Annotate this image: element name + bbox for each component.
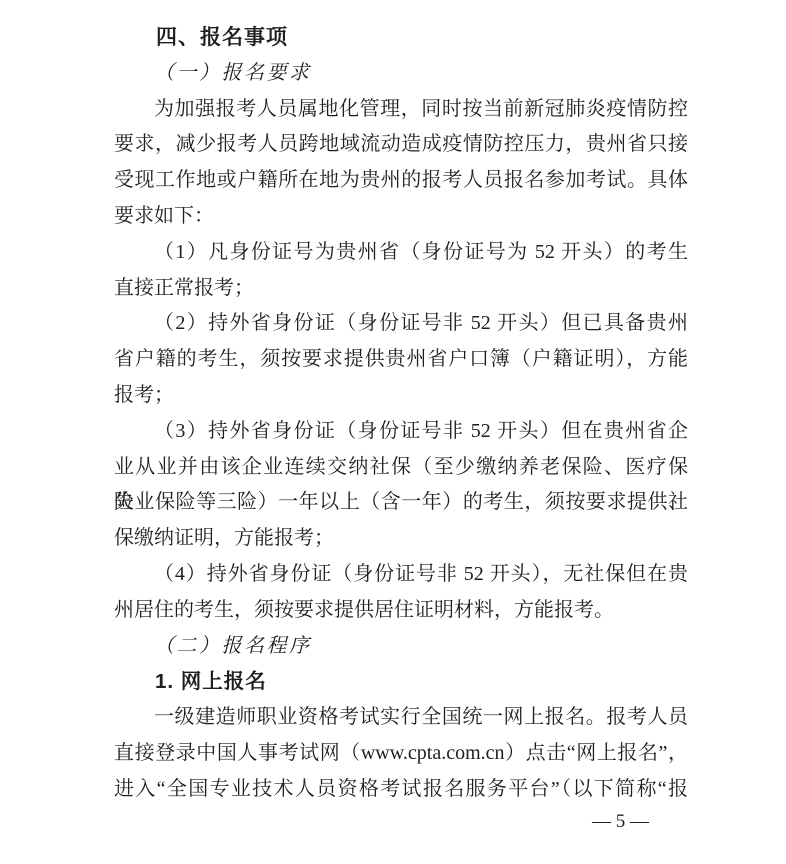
text-line: 要求如下： xyxy=(114,199,688,235)
text-line: 直接登录中国人事考试网（www.cpta.com.cn）点击“网上报名”， xyxy=(114,736,688,772)
text-line: 直接正常报考； xyxy=(114,271,688,307)
page-number: — 5 — xyxy=(583,808,658,836)
text-line: （一）报名要求 xyxy=(114,56,688,92)
text-line: 报考； xyxy=(114,378,688,414)
text-line: 1. 网上报名 xyxy=(114,664,688,700)
text-line: 受现工作地或户籍所在地为贵州的报考人员报名参加考试。具体 xyxy=(114,163,688,199)
text-line: （2）持外省身份证（身份证号非 52 开头）但已具备贵州 xyxy=(114,306,688,342)
text-line: （二）报名程序 xyxy=(114,629,688,665)
text-line: 进入“全国专业技术人员资格考试报名服务平台”（以下简称“报 xyxy=(114,772,688,808)
text-line: 失业保险等三险）一年以上（含一年）的考生，须按要求提供社 xyxy=(114,485,688,521)
text-line: 四、报名事项 xyxy=(114,20,688,56)
text-line: （1）凡身份证号为贵州省（身份证号为 52 开头）的考生 xyxy=(114,235,688,271)
text-line: 保缴纳证明，方能报考； xyxy=(114,521,688,557)
text-line: （4）持外省身份证（身份证号非 52 开头），无社保但在贵 xyxy=(114,557,688,593)
text-line: 业从业并由该企业连续交纳社保（至少缴纳养老保险、医疗保险、 xyxy=(114,450,688,486)
text-line: 为加强报考人员属地化管理，同时按当前新冠肺炎疫情防控 xyxy=(114,92,688,128)
document-page: 四、报名事项（一）报名要求为加强报考人员属地化管理，同时按当前新冠肺炎疫情防控要… xyxy=(0,0,786,864)
text-line: 一级建造师职业资格考试实行全国统一网上报名。报考人员 xyxy=(114,700,688,736)
text-line: 州居住的考生，须按要求提供居住证明材料，方能报考。 xyxy=(114,593,688,629)
text-line: （3）持外省身份证（身份证号非 52 开头）但在贵州省企 xyxy=(114,414,688,450)
text-line: 省户籍的考生，须按要求提供贵州省户口簿（户籍证明），方能 xyxy=(114,342,688,378)
text-line: 要求，减少报考人员跨地域流动造成疫情防控压力，贵州省只接 xyxy=(114,127,688,163)
document-body: 四、报名事项（一）报名要求为加强报考人员属地化管理，同时按当前新冠肺炎疫情防控要… xyxy=(114,20,688,808)
